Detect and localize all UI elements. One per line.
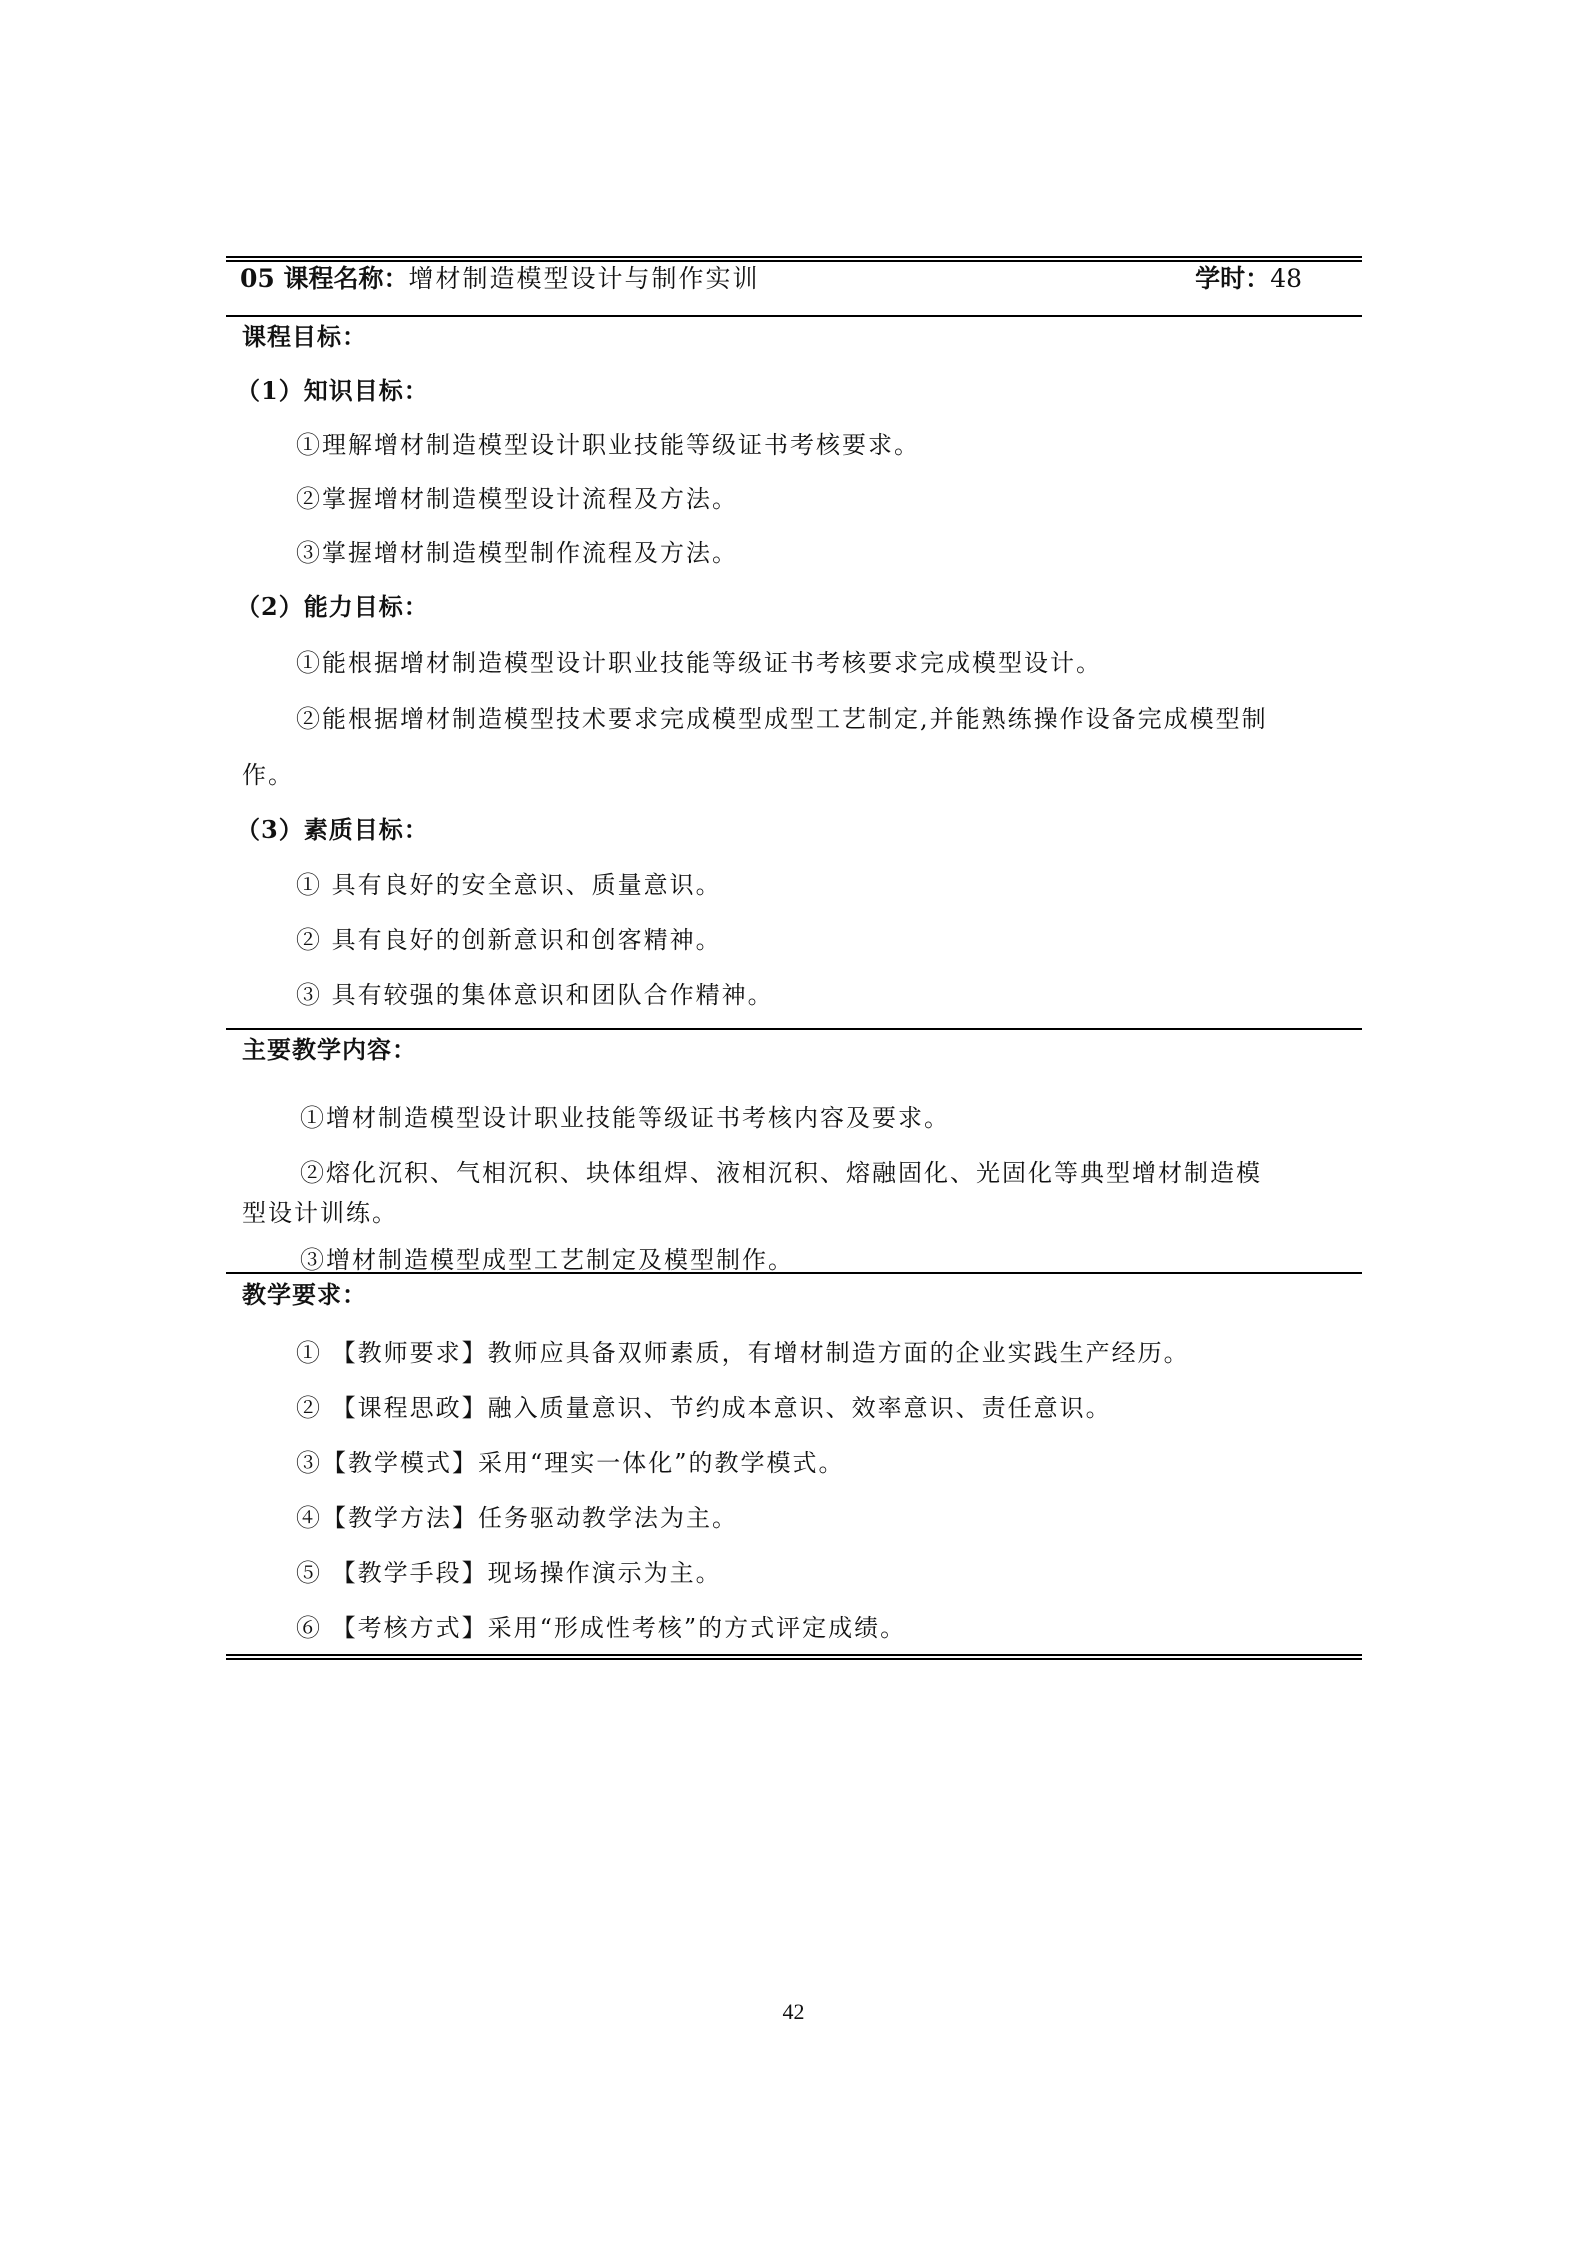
objectives-divider: [226, 1028, 1362, 1030]
content-heading: 主要教学内容：: [242, 1035, 417, 1065]
requirement-item-4: ④【教学方法】任务驱动教学法为主。: [296, 1503, 738, 1533]
quality-item-2: ② 具有良好的创新意识和创客精神。: [296, 925, 722, 955]
course-name: 增材制造模型设计与制作实训: [409, 264, 760, 293]
requirement-item-5: ⑤ 【教学手段】现场操作演示为主。: [296, 1558, 722, 1588]
ability-heading: （2）能力目标：: [236, 592, 429, 622]
content-item-2: ②熔化沉积、气相沉积、块体组焊、液相沉积、熔融固化、光固化等典型增材制造模: [300, 1158, 1262, 1188]
page-number: 42: [0, 1998, 1587, 2026]
bottom-double-rule: [226, 1654, 1362, 1660]
requirements-heading: 教学要求：: [242, 1280, 367, 1310]
requirement-item-2: ② 【课程思政】融入质量意识、节约成本意识、效率意识、责任意识。: [296, 1393, 1112, 1423]
ability-item-2-continued: 作。: [242, 760, 294, 790]
knowledge-item-3: ③掌握增材制造模型制作流程及方法。: [296, 538, 738, 568]
objectives-heading: 课程目标：: [242, 322, 367, 352]
quality-item-3: ③ 具有较强的集体意识和团队合作精神。: [296, 980, 774, 1010]
content-item-2-continued: 型设计训练。: [242, 1198, 398, 1228]
requirement-item-6: ⑥ 【考核方式】采用“形成性考核”的方式评定成绩。: [296, 1613, 906, 1643]
quality-item-1: ① 具有良好的安全意识、质量意识。: [296, 870, 722, 900]
document-page: 05 课程名称：增材制造模型设计与制作实训 学时：48 课程目标： （1）知识目…: [0, 0, 1587, 2245]
course-hours: 学时：48: [1195, 262, 1302, 296]
course-title-row: 05 课程名称：增材制造模型设计与制作实训 学时：48: [240, 262, 1320, 296]
content-item-1: ①增材制造模型设计职业技能等级证书考核内容及要求。: [300, 1103, 950, 1133]
ability-item-1: ①能根据增材制造模型设计职业技能等级证书考核要求完成模型设计。: [296, 648, 1102, 678]
quality-heading: （3）素质目标：: [236, 815, 429, 845]
requirement-item-3: ③【教学模式】采用“理实一体化”的教学模式。: [296, 1448, 845, 1478]
hours-value: 48: [1270, 264, 1302, 293]
hours-label: 学时：: [1195, 264, 1270, 293]
knowledge-heading: （1）知识目标：: [236, 376, 429, 406]
content-divider: [226, 1272, 1362, 1274]
content-item-3: ③增材制造模型成型工艺制定及模型制作。: [300, 1245, 794, 1275]
course-number-label: 05 课程名称：: [240, 264, 409, 293]
knowledge-item-1: ①理解增材制造模型设计职业技能等级证书考核要求。: [296, 430, 920, 460]
knowledge-item-2: ②掌握增材制造模型设计流程及方法。: [296, 484, 738, 514]
requirement-item-1: ① 【教师要求】教师应具备双师素质，有增材制造方面的企业实践生产经历。: [296, 1338, 1190, 1368]
ability-item-2: ②能根据增材制造模型技术要求完成模型成型工艺制定,并能熟练操作设备完成模型制: [296, 704, 1268, 734]
title-divider: [226, 315, 1362, 317]
